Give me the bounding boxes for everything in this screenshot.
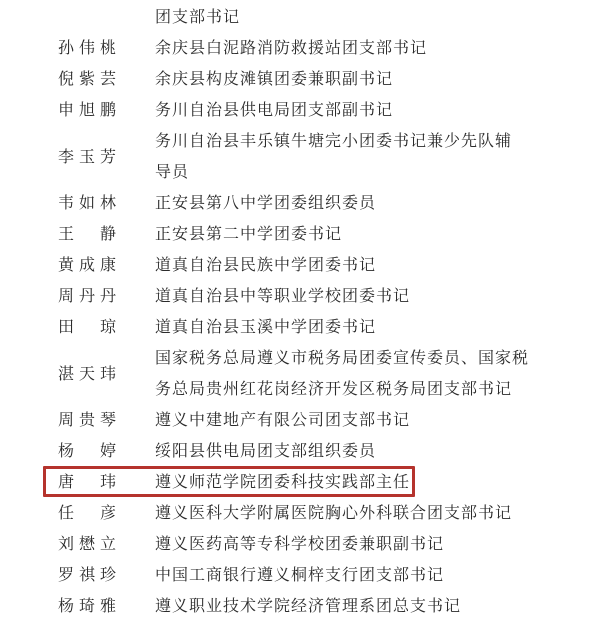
person-name-char: 静 [100, 218, 116, 249]
list-item: 团支部书记 [58, 1, 595, 32]
person-position: 团支部书记 [155, 1, 555, 32]
list-item: 孙伟桃余庆县白泥路消防救援站团支部书记 [58, 32, 595, 63]
person-name-char: 任 [58, 497, 74, 528]
person-name: 倪紫芸 [58, 63, 116, 94]
person-name-char: 周 [58, 404, 74, 435]
person-name-char: 林 [100, 187, 116, 218]
person-position: 正安县第八中学团委组织委员 [155, 187, 555, 218]
person-name-char: 珍 [100, 559, 116, 590]
person-position: 余庆县白泥路消防救援站团支部书记 [155, 32, 555, 63]
person-name-char: 杨 [58, 435, 74, 466]
person-position: 务川自治县供电局团支部副书记 [155, 94, 555, 125]
person-name-char: 李 [58, 141, 74, 172]
person-name-char: 唐 [58, 466, 74, 497]
list-item: 刘懋立遵义医药高等专科学校团委兼职副书记 [58, 528, 595, 559]
person-name-char: 琦 [79, 590, 95, 621]
person-name-char: 芸 [100, 63, 116, 94]
list-item: 周丹丹道真自治县中等职业学校团委书记 [58, 280, 595, 311]
person-name-char: 紫 [79, 63, 95, 94]
person-name-char: 玮 [100, 466, 116, 497]
person-position: 余庆县构皮滩镇团委兼职副书记 [155, 63, 555, 94]
person-name: 周丹丹 [58, 280, 116, 311]
person-name-char: 刘 [58, 528, 74, 559]
person-position: 遵义职业技术学院经济管理系团总支书记 [155, 590, 555, 621]
person-name: 韦如林 [58, 187, 116, 218]
person-name-char: 雅 [100, 590, 116, 621]
person-name: 杨琦雅 [58, 590, 116, 621]
person-position: 绥阳县供电局团支部组织委员 [155, 435, 555, 466]
person-position: 道真自治县玉溪中学团委书记 [155, 311, 555, 342]
person-position: 遵义师范学院团委科技实践部主任 [155, 466, 555, 497]
person-name: 周贵琴 [58, 404, 116, 435]
person-name-char: 贵 [79, 404, 95, 435]
person-name: 李玉芳 [58, 141, 116, 172]
list-item: 李玉芳务川自治县丰乐镇牛塘完小团委书记兼少先队辅 导员 [58, 125, 595, 187]
roster-list: 团支部书记孙伟桃余庆县白泥路消防救援站团支部书记倪紫芸余庆县构皮滩镇团委兼职副书… [58, 1, 595, 621]
person-name: 杨婷 [58, 435, 116, 466]
person-name: 田琼 [58, 311, 116, 342]
person-name-char: 申 [58, 94, 74, 125]
document-page: 团支部书记孙伟桃余庆县白泥路消防救援站团支部书记倪紫芸余庆县构皮滩镇团委兼职副书… [0, 0, 595, 624]
list-item: 韦如林正安县第八中学团委组织委员 [58, 187, 595, 218]
person-name-char: 杨 [58, 590, 74, 621]
list-item: 田琼道真自治县玉溪中学团委书记 [58, 311, 595, 342]
person-name-char: 伟 [79, 32, 95, 63]
list-item: 任彦遵义医科大学附属医院胸心外科联合团支部书记 [58, 497, 595, 528]
person-position: 正安县第二中学团委书记 [155, 218, 555, 249]
list-item: 杨琦雅遵义职业技术学院经济管理系团总支书记 [58, 590, 595, 621]
person-name: 刘懋立 [58, 528, 116, 559]
list-item: 申旭鹏务川自治县供电局团支部副书记 [58, 94, 595, 125]
person-position: 遵义中建地产有限公司团支部书记 [155, 404, 555, 435]
person-name-char: 罗 [58, 559, 74, 590]
person-name-char: 倪 [58, 63, 74, 94]
person-name-char: 琴 [100, 404, 116, 435]
list-item: 罗祺珍中国工商银行遵义桐梓支行团支部书记 [58, 559, 595, 590]
person-position: 遵义医科大学附属医院胸心外科联合团支部书记 [155, 497, 555, 528]
person-name-char: 琼 [100, 311, 116, 342]
person-name-char: 周 [58, 280, 74, 311]
list-item: 杨婷绥阳县供电局团支部组织委员 [58, 435, 595, 466]
person-name-char: 黄 [58, 249, 74, 280]
person-name: 湛天玮 [58, 358, 116, 389]
person-name-char: 立 [100, 528, 116, 559]
person-name: 罗祺珍 [58, 559, 116, 590]
person-name-char: 田 [58, 311, 74, 342]
person-name: 孙伟桃 [58, 32, 116, 63]
person-name-char: 旭 [79, 94, 95, 125]
person-name-char: 成 [79, 249, 95, 280]
person-name-char: 懋 [79, 528, 95, 559]
person-name: 申旭鹏 [58, 94, 116, 125]
person-position: 中国工商银行遵义桐梓支行团支部书记 [155, 559, 555, 590]
person-name-char: 王 [58, 218, 74, 249]
person-position: 务川自治县丰乐镇牛塘完小团委书记兼少先队辅 导员 [155, 125, 555, 187]
person-position: 道真自治县中等职业学校团委书记 [155, 280, 555, 311]
person-name-char: 韦 [58, 187, 74, 218]
list-item: 湛天玮国家税务总局遵义市税务局团委宣传委员、国家税 务总局贵州红花岗经济开发区税… [58, 342, 595, 404]
person-name-char: 芳 [100, 141, 116, 172]
person-name-char: 如 [79, 187, 95, 218]
person-name-char: 彦 [100, 497, 116, 528]
person-name-char: 天 [79, 358, 95, 389]
list-item: 王静正安县第二中学团委书记 [58, 218, 595, 249]
person-position: 道真自治县民族中学团委书记 [155, 249, 555, 280]
person-name: 王静 [58, 218, 116, 249]
person-name: 黄成康 [58, 249, 116, 280]
list-item: 唐玮遵义师范学院团委科技实践部主任 [58, 466, 595, 497]
list-item: 周贵琴遵义中建地产有限公司团支部书记 [58, 404, 595, 435]
person-name-char: 孙 [58, 32, 74, 63]
person-name-char: 桃 [100, 32, 116, 63]
person-name: 任彦 [58, 497, 116, 528]
person-name-char: 丹 [100, 280, 116, 311]
person-name-char: 鹏 [100, 94, 116, 125]
person-name-char: 湛 [58, 358, 74, 389]
person-name-char: 玉 [79, 141, 95, 172]
list-item: 倪紫芸余庆县构皮滩镇团委兼职副书记 [58, 63, 595, 94]
list-item: 黄成康道真自治县民族中学团委书记 [58, 249, 595, 280]
person-name-char: 婷 [100, 435, 116, 466]
person-name: 唐玮 [58, 466, 116, 497]
person-name-char: 康 [100, 249, 116, 280]
person-name-char: 丹 [79, 280, 95, 311]
person-position: 遵义医药高等专科学校团委兼职副书记 [155, 528, 555, 559]
person-name-char: 玮 [100, 358, 116, 389]
person-position: 国家税务总局遵义市税务局团委宣传委员、国家税 务总局贵州红花岗经济开发区税务局团… [155, 342, 555, 404]
person-name-char: 祺 [79, 559, 95, 590]
